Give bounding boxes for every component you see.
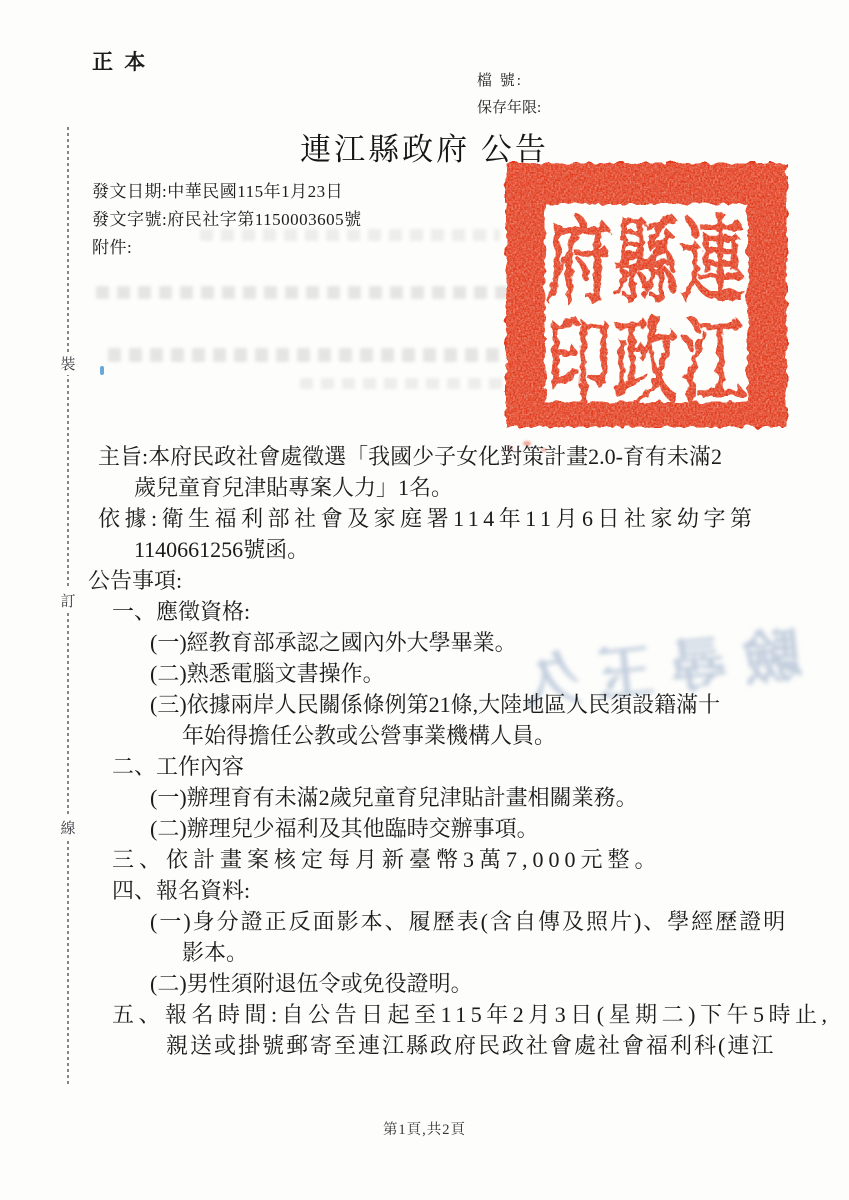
announcement-body: 主旨:本府民政社會處徵選「我國少子女化對策計畫2.0-育有未滿2 歲兒童育兒津貼…	[0, 441, 849, 1061]
copy-type-label: 正 本	[92, 46, 148, 76]
official-seal: 連 江 縣 政 府 印	[499, 156, 794, 438]
scanned-announcement-page: 正 本 檔 號: 保存年限: 連江縣政府 公告 發文日期:中華民國115年1月2…	[0, 0, 849, 1200]
item-4-sub-1: (一)身分證正反面影本、履歷表(含自傳及照片)、學經歷證明	[150, 906, 849, 937]
binding-mark-zhuang: 裝	[58, 352, 78, 375]
item-4-heading: 四、報名資料:	[112, 875, 849, 906]
page-number-footer: 第1頁,共2頁	[0, 1118, 849, 1139]
item-1-sub-2: (二)熟悉電腦文書操作。	[150, 658, 849, 689]
item-5-line: 五、報名時間:自公告日起至115年2月3日(星期二)下午5時止,	[112, 999, 849, 1030]
seal-texture-overlay	[506, 163, 787, 427]
item-1-sub-1: (一)經教育部承認之國內外大學畢業。	[150, 627, 849, 658]
ink-bleedthrough-strip	[200, 229, 500, 241]
item-2-sub-2: (二)辦理兒少福利及其他臨時交辦事項。	[150, 813, 849, 844]
item-1-sub-3: (三)依據兩岸人民關係條例第21條,大陸地區人民須設籍滿十	[150, 689, 849, 720]
ink-bleedthrough-strip	[108, 348, 528, 362]
issue-date-line: 發文日期:中華民國115年1月23日	[92, 178, 362, 206]
item-5-cont: 親送或掛號郵寄至連江縣政府民政社會處社會福利科(連江	[166, 1030, 849, 1061]
document-meta-block: 發文日期:中華民國115年1月23日 發文字號:府民社字第1150003605號…	[92, 178, 362, 262]
item-2-sub-1: (一)辦理育有未滿2歲兒童育兒津貼計畫相關業務。	[150, 782, 849, 813]
file-number-label: 檔 號:	[477, 68, 541, 95]
item-4-sub-1-cont: 影本。	[182, 937, 849, 968]
subject-line-2: 歲兒童育兒津貼專案人力」1名。	[134, 472, 849, 503]
announcement-items-heading: 公告事項:	[88, 565, 849, 596]
blue-ink-speck	[100, 366, 104, 375]
item-1-sub-3-cont: 年始得擔任公教或公營事業機構人員。	[182, 720, 849, 751]
file-number-block: 檔 號: 保存年限:	[477, 68, 541, 122]
subject-line-1: 主旨:本府民政社會處徵選「我國少子女化對策計畫2.0-育有未滿2	[98, 441, 849, 472]
retention-period-label: 保存年限:	[477, 95, 541, 122]
item-2-heading: 二、工作內容	[112, 751, 849, 782]
basis-line-1: 依據:衛生福利部社會及家庭署114年11月6日社家幼字第	[98, 503, 849, 534]
item-4-sub-2: (二)男性須附退伍令或免役證明。	[150, 968, 849, 999]
item-1-heading: 一、應徵資格:	[112, 596, 849, 627]
ink-bleedthrough-strip	[96, 286, 516, 299]
item-3-line: 三、依計畫案核定每月新臺幣3萬7,000元整。	[112, 844, 849, 875]
ink-bleedthrough-strip	[300, 378, 515, 389]
basis-line-2: 1140661256號函。	[134, 534, 849, 565]
